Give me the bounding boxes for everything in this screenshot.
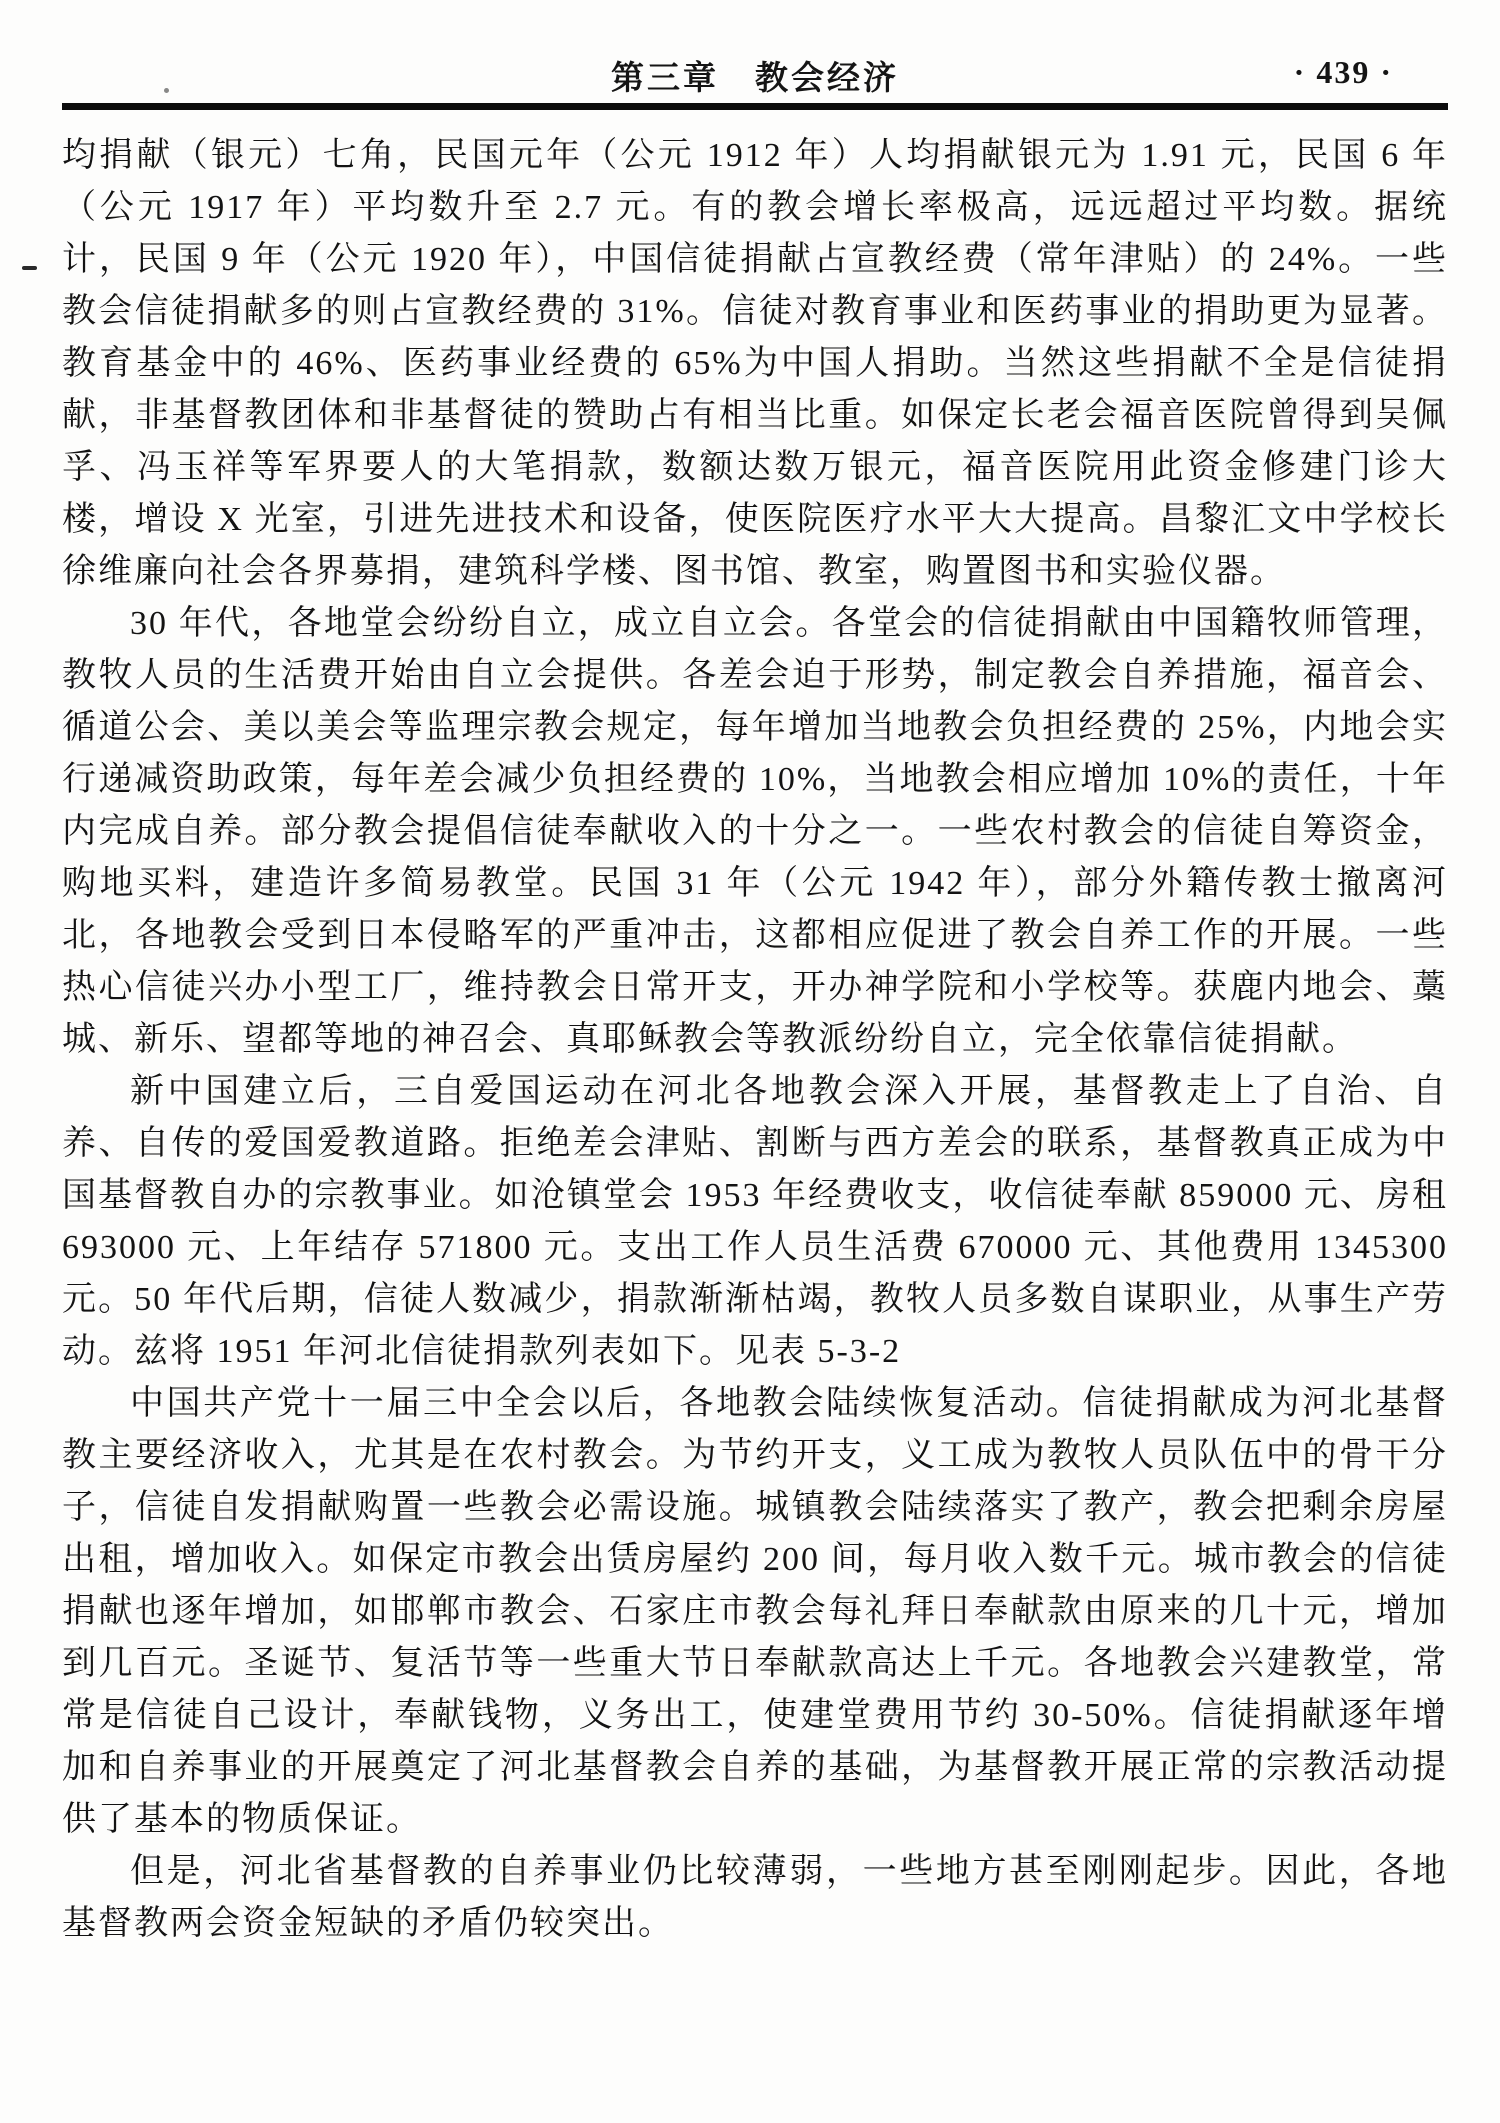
- body-paragraph: 但是，河北省基督教的自养事业仍比较薄弱，一些地方甚至刚刚起步。因此，各地基督教两…: [62, 1846, 1448, 1950]
- chapter-title: 第三章 教会经济: [62, 52, 1448, 99]
- body-paragraph: 中国共产党十一届三中全会以后，各地教会陆续恢复活动。信徒捐献成为河北基督教主要经…: [62, 1378, 1448, 1846]
- header-rule: [62, 103, 1448, 110]
- body-paragraph: 新中国建立后，三自爱国运动在河北各地教会深入开展，基督教走上了自治、自养、自传的…: [62, 1066, 1448, 1378]
- body-paragraph: 30 年代，各地堂会纷纷自立，成立自立会。各堂会的信徒捐献由中国籍牧师管理，教牧…: [62, 598, 1448, 1066]
- body-paragraph: 均捐献（银元）七角，民国元年（公元 1912 年）人均捐献银元为 1.91 元，…: [62, 130, 1448, 598]
- body-text: 均捐献（银元）七角，民国元年（公元 1912 年）人均捐献银元为 1.91 元，…: [62, 130, 1448, 1950]
- scan-artifact: [22, 266, 37, 270]
- page-header: 第三章 教会经济 · 439 ·: [62, 52, 1448, 94]
- page-number: · 439 ·: [1294, 54, 1393, 91]
- scanned-book-page: 第三章 教会经济 · 439 · 均捐献（银元）七角，民国元年（公元 1912 …: [0, 0, 1500, 2123]
- scan-artifact: [164, 88, 169, 93]
